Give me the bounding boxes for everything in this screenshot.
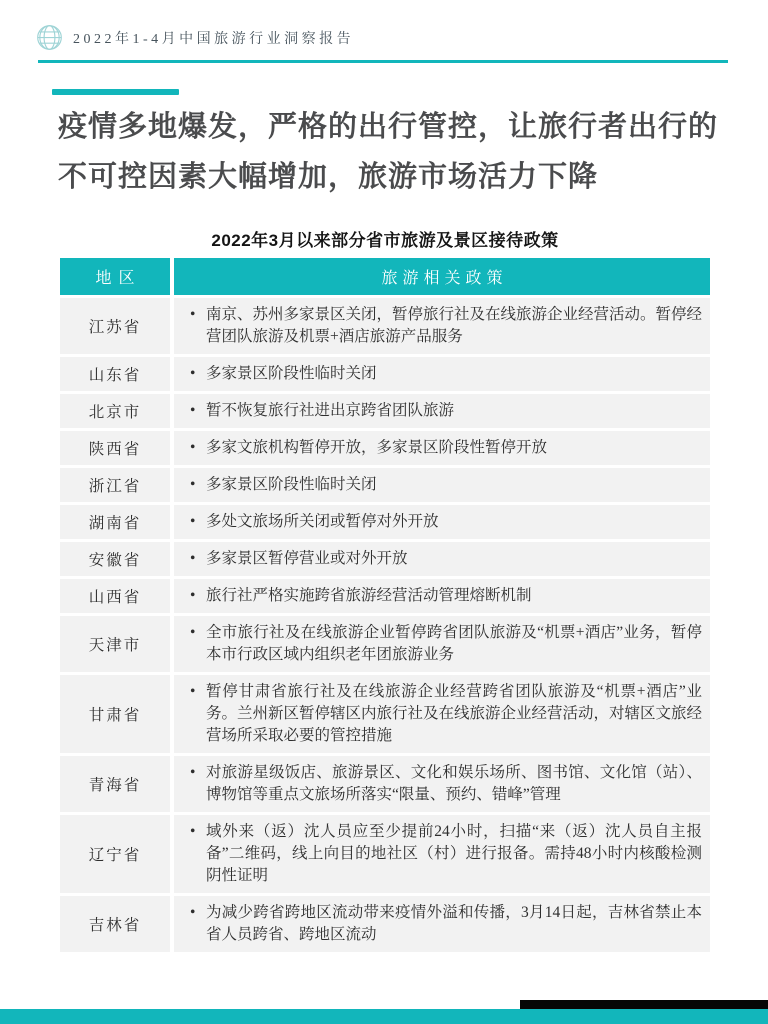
region-cell: 天津市 (60, 616, 170, 672)
table-row: 辽宁省 • 域外来（返）沈人员应至少提前24小时，扫描“来（返）沈人员自主报备”… (60, 815, 710, 893)
table-body: 江苏省 • 南京、苏州多家景区关闭，暂停旅行社及在线旅游企业经营活动。暂停经营团… (60, 298, 710, 952)
table-row: 天津市 • 全市旅行社及在线旅游企业暂停跨省团队旅游及“机票+酒店”业务，暂停本… (60, 616, 710, 672)
document-header: 2022年1-4月中国旅游行业洞察报告 (36, 24, 354, 51)
region-cell: 山西省 (60, 579, 170, 613)
report-header-title: 2022年1-4月中国旅游行业洞察报告 (73, 28, 354, 48)
region-cell: 安徽省 (60, 542, 170, 576)
policy-text: 多处文旅场所关闭或暂停对外开放 (206, 513, 439, 530)
policy-item: • 多家景区暂停营业或对外开放 (188, 548, 702, 570)
policy-item: • 暂不恢复旅行社进出京跨省团队旅游 (188, 400, 702, 422)
bullet-icon: • (190, 437, 195, 459)
policy-text: 多家文旅机构暂停开放，多家景区阶段性暂停开放 (206, 439, 547, 456)
region-cell: 辽宁省 (60, 815, 170, 893)
policy-cell: • 域外来（返）沈人员应至少提前24小时，扫描“来（返）沈人员自主报备”二维码，… (174, 815, 710, 893)
header-divider-rule (38, 60, 728, 63)
table-caption: 2022年3月以来部分省市旅游及景区接待政策 (60, 226, 710, 251)
policy-item: • 旅行社严格实施跨省旅游经营活动管理熔断机制 (188, 585, 702, 607)
report-page: 2022年1-4月中国旅游行业洞察报告 疫情多地爆发，严格的出行管控，让旅行者出… (0, 0, 768, 1024)
table-row: 湖南省 • 多处文旅场所关闭或暂停对外开放 (60, 505, 710, 539)
policy-item: • 暂停甘肃省旅行社及在线旅游企业经营跨省团队旅游及“机票+酒店”业务。兰州新区… (188, 681, 702, 747)
policy-text: 多家景区阶段性临时关闭 (206, 476, 377, 493)
column-header-region: 地区 (60, 258, 170, 295)
policy-cell: • 多家文旅机构暂停开放，多家景区阶段性暂停开放 (174, 431, 710, 465)
table-row: 北京市 • 暂不恢复旅行社进出京跨省团队旅游 (60, 394, 710, 428)
footer-black-bar (520, 1000, 768, 1009)
region-cell: 甘肃省 (60, 675, 170, 753)
bullet-icon: • (190, 821, 195, 843)
policy-cell: • 对旅游星级饭店、旅游景区、文化和娱乐场所、图书馆、文化馆（站）、博物馆等重点… (174, 756, 710, 812)
policy-text: 对旅游星级饭店、旅游景区、文化和娱乐场所、图书馆、文化馆（站）、博物馆等重点文旅… (206, 764, 702, 803)
footer-teal-bar (0, 1009, 768, 1024)
policy-item: • 多家文旅机构暂停开放，多家景区阶段性暂停开放 (188, 437, 702, 459)
policy-cell: • 多家景区暂停营业或对外开放 (174, 542, 710, 576)
table-row: 江苏省 • 南京、苏州多家景区关闭，暂停旅行社及在线旅游企业经营活动。暂停经营团… (60, 298, 710, 354)
bullet-icon: • (190, 304, 195, 326)
policy-item: • 多家景区阶段性临时关闭 (188, 474, 702, 496)
policy-item: • 域外来（返）沈人员应至少提前24小时，扫描“来（返）沈人员自主报备”二维码，… (188, 821, 702, 887)
policy-cell: • 全市旅行社及在线旅游企业暂停跨省团队旅游及“机票+酒店”业务，暂停本市行政区… (174, 616, 710, 672)
table-row: 青海省 • 对旅游星级饭店、旅游景区、文化和娱乐场所、图书馆、文化馆（站）、博物… (60, 756, 710, 812)
policy-item: • 南京、苏州多家景区关闭，暂停旅行社及在线旅游企业经营活动。暂停经营团队旅游及… (188, 304, 702, 348)
region-cell: 湖南省 (60, 505, 170, 539)
bullet-icon: • (190, 363, 195, 385)
policy-cell: • 为减少跨省跨地区流动带来疫情外溢和传播，3月14日起，吉林省禁止本省人员跨省… (174, 896, 710, 952)
table-row: 陕西省 • 多家文旅机构暂停开放，多家景区阶段性暂停开放 (60, 431, 710, 465)
policy-cell: • 多家景区阶段性临时关闭 (174, 468, 710, 502)
policy-text: 暂停甘肃省旅行社及在线旅游企业经营跨省团队旅游及“机票+酒店”业务。兰州新区暂停… (206, 683, 702, 744)
bullet-icon: • (190, 548, 195, 570)
table-row: 山西省 • 旅行社严格实施跨省旅游经营活动管理熔断机制 (60, 579, 710, 613)
policy-item: • 为减少跨省跨地区流动带来疫情外溢和传播，3月14日起，吉林省禁止本省人员跨省… (188, 902, 702, 946)
bullet-icon: • (190, 474, 195, 496)
region-cell: 浙江省 (60, 468, 170, 502)
table-header-row: 地区 旅游相关政策 (60, 258, 710, 295)
region-cell: 北京市 (60, 394, 170, 428)
policy-cell: • 多家景区阶段性临时关闭 (174, 357, 710, 391)
policy-item: • 全市旅行社及在线旅游企业暂停跨省团队旅游及“机票+酒店”业务，暂停本市行政区… (188, 622, 702, 666)
bullet-icon: • (190, 400, 195, 422)
region-cell: 山东省 (60, 357, 170, 391)
policy-cell: • 旅行社严格实施跨省旅游经营活动管理熔断机制 (174, 579, 710, 613)
bullet-icon: • (190, 622, 195, 644)
policy-text: 多家景区暂停营业或对外开放 (206, 550, 408, 567)
table-row: 山东省 • 多家景区阶段性临时关闭 (60, 357, 710, 391)
region-cell: 江苏省 (60, 298, 170, 354)
policy-cell: • 南京、苏州多家景区关闭，暂停旅行社及在线旅游企业经营活动。暂停经营团队旅游及… (174, 298, 710, 354)
policy-table: 地区 旅游相关政策 江苏省 • 南京、苏州多家景区关闭，暂停旅行社及在线旅游企业… (60, 258, 710, 955)
title-accent-bar (52, 89, 179, 95)
column-header-policy: 旅游相关政策 (174, 258, 710, 295)
bullet-icon: • (190, 511, 195, 533)
region-cell: 吉林省 (60, 896, 170, 952)
table-row: 浙江省 • 多家景区阶段性临时关闭 (60, 468, 710, 502)
region-cell: 青海省 (60, 756, 170, 812)
policy-cell: • 暂不恢复旅行社进出京跨省团队旅游 (174, 394, 710, 428)
bullet-icon: • (190, 681, 195, 703)
policy-item: • 多处文旅场所关闭或暂停对外开放 (188, 511, 702, 533)
bullet-icon: • (190, 762, 195, 784)
policy-text: 暂不恢复旅行社进出京跨省团队旅游 (206, 402, 454, 419)
policy-cell: • 暂停甘肃省旅行社及在线旅游企业经营跨省团队旅游及“机票+酒店”业务。兰州新区… (174, 675, 710, 753)
policy-item: • 多家景区阶段性临时关闭 (188, 363, 702, 385)
policy-text: 域外来（返）沈人员应至少提前24小时，扫描“来（返）沈人员自主报备”二维码，线上… (206, 823, 702, 884)
policy-item: • 对旅游星级饭店、旅游景区、文化和娱乐场所、图书馆、文化馆（站）、博物馆等重点… (188, 762, 702, 806)
policy-text: 旅行社严格实施跨省旅游经营活动管理熔断机制 (206, 587, 532, 604)
table-row: 吉林省 • 为减少跨省跨地区流动带来疫情外溢和传播，3月14日起，吉林省禁止本省… (60, 896, 710, 952)
table-row: 甘肃省 • 暂停甘肃省旅行社及在线旅游企业经营跨省团队旅游及“机票+酒店”业务。… (60, 675, 710, 753)
policy-text: 南京、苏州多家景区关闭，暂停旅行社及在线旅游企业经营活动。暂停经营团队旅游及机票… (206, 306, 702, 345)
policy-text: 为减少跨省跨地区流动带来疫情外溢和传播，3月14日起，吉林省禁止本省人员跨省、跨… (206, 904, 702, 943)
table-row: 安徽省 • 多家景区暂停营业或对外开放 (60, 542, 710, 576)
bullet-icon: • (190, 585, 195, 607)
globe-grid-icon (36, 24, 63, 51)
bullet-icon: • (190, 902, 195, 924)
policy-cell: • 多处文旅场所关闭或暂停对外开放 (174, 505, 710, 539)
slide-title: 疫情多地爆发，严格的出行管控，让旅行者出行的不可控因素大幅增加，旅游市场活力下降 (58, 102, 718, 202)
policy-text: 多家景区阶段性临时关闭 (206, 365, 377, 382)
policy-text: 全市旅行社及在线旅游企业暂停跨省团队旅游及“机票+酒店”业务，暂停本市行政区域内… (206, 624, 702, 663)
region-cell: 陕西省 (60, 431, 170, 465)
